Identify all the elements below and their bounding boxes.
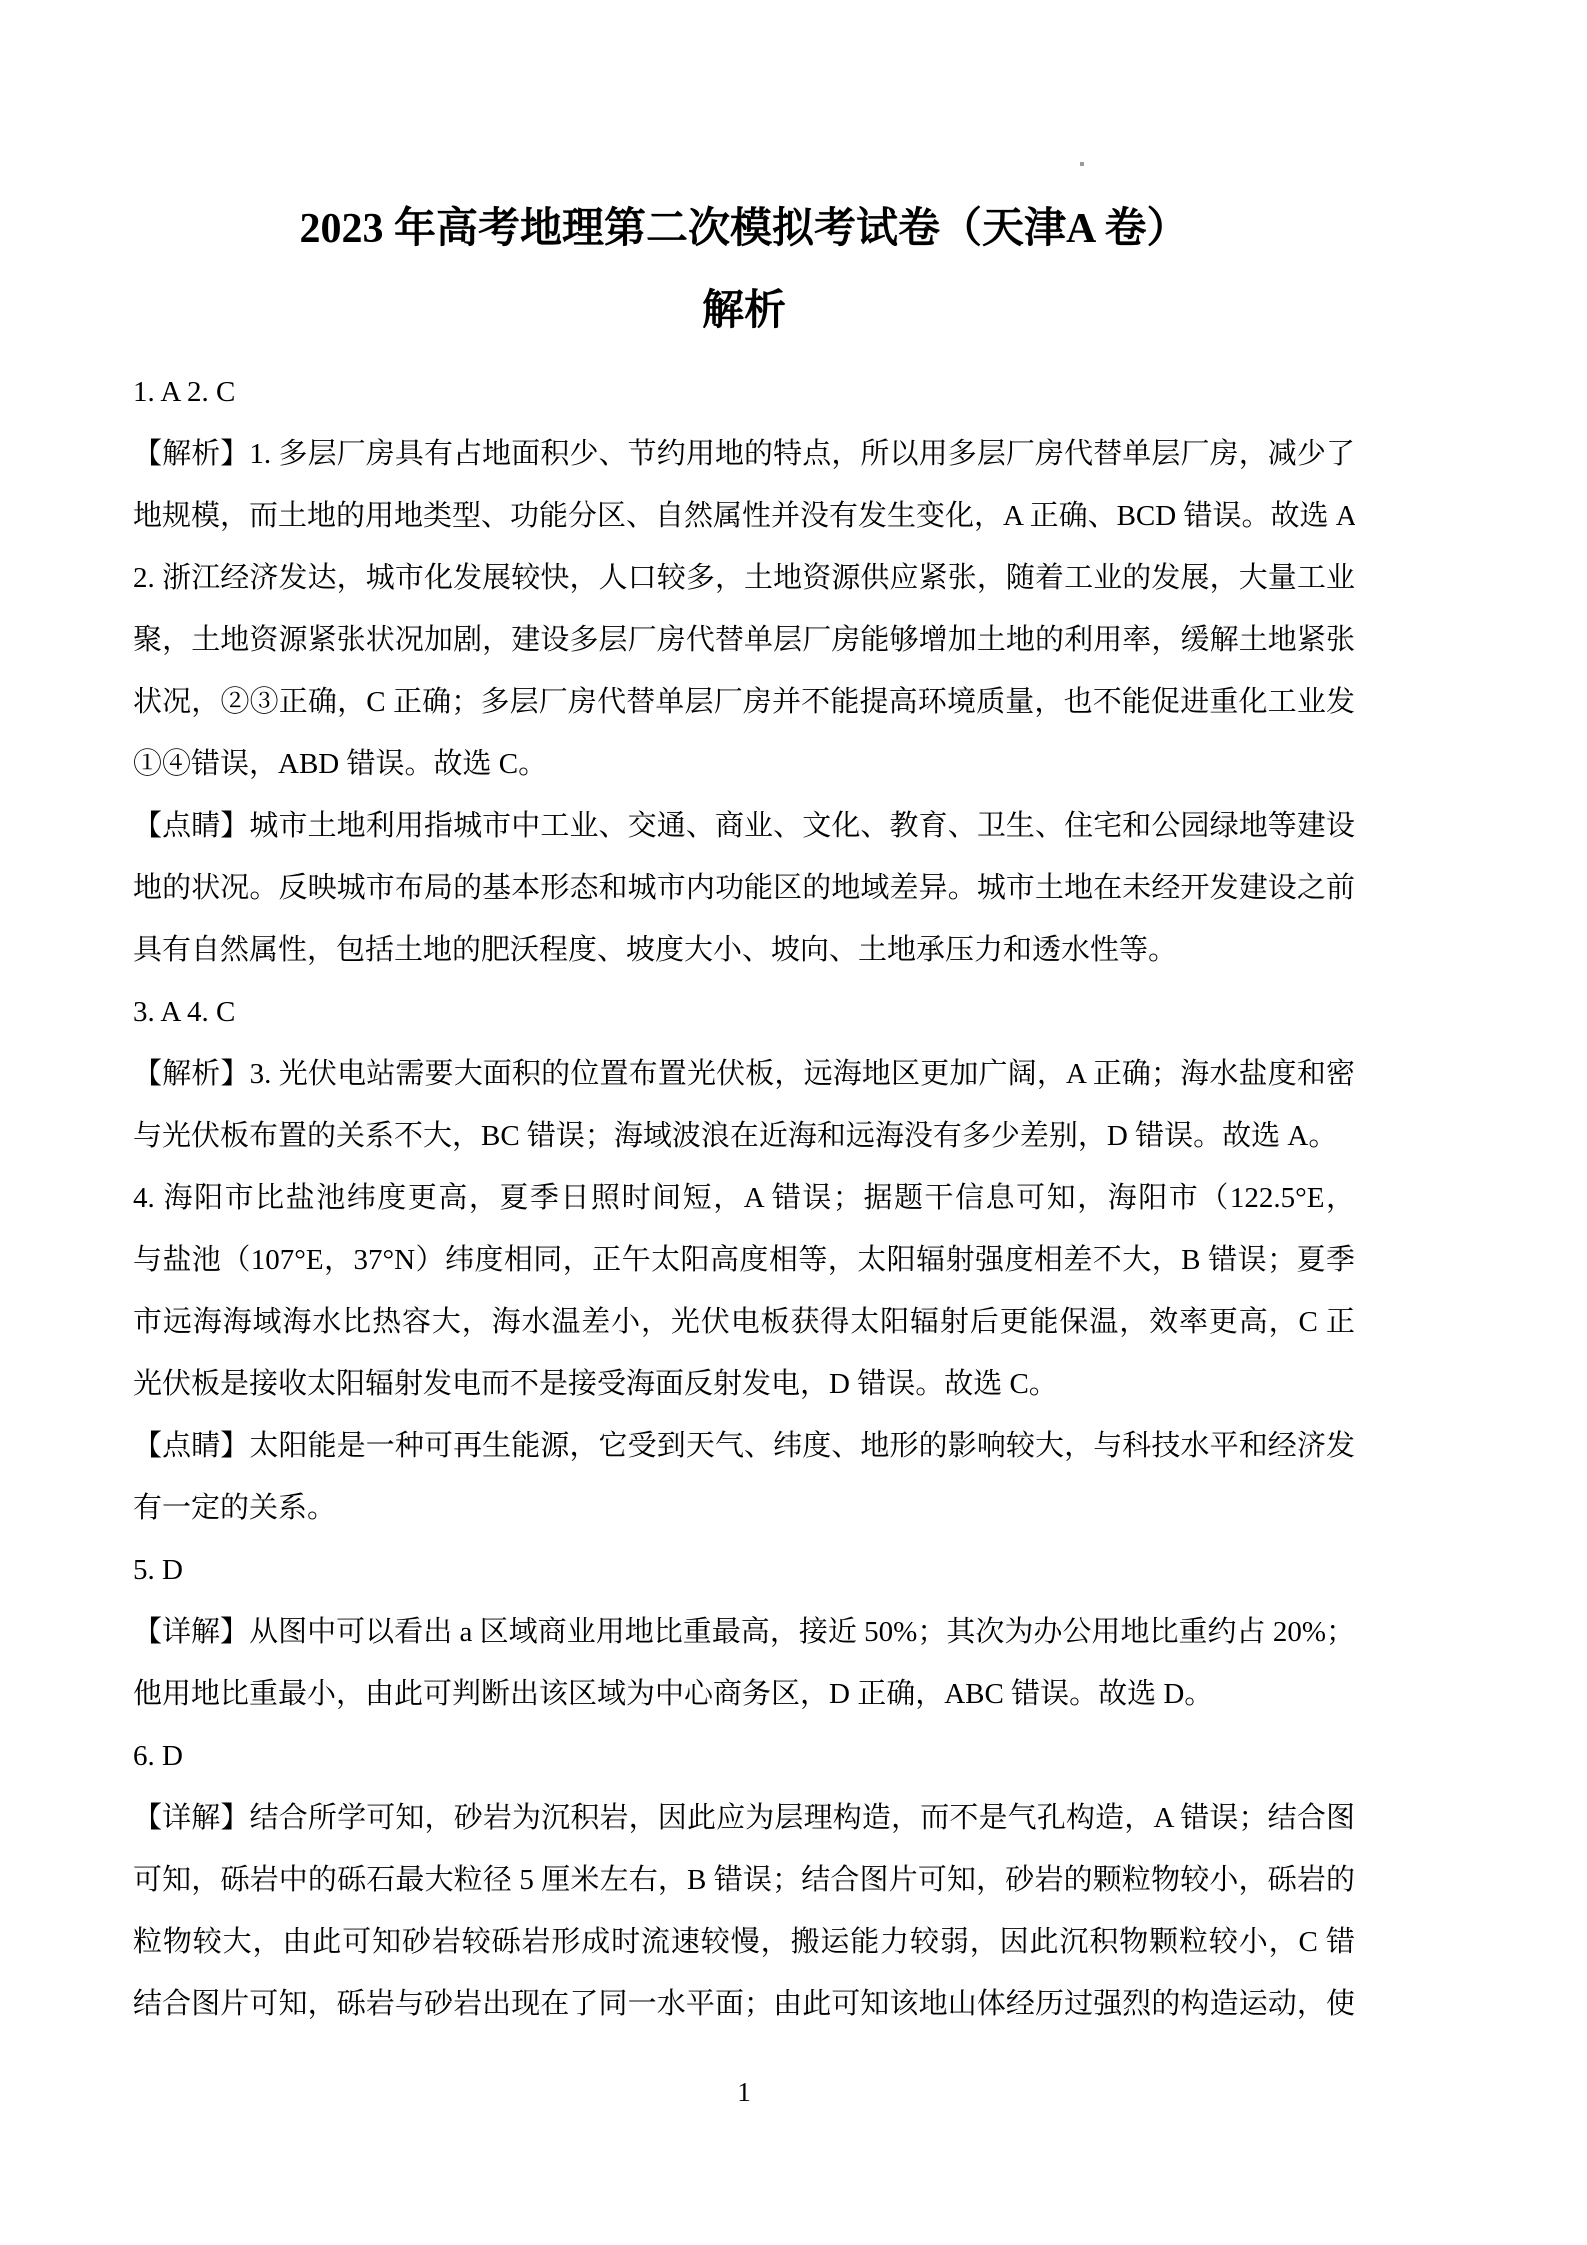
text-line: 3. A 4. C: [133, 981, 1355, 1043]
text-line: 可知，砾岩中的砾石最大粒径 5 厘米左右，B 错误；结合图片可知，砂岩的颗粒物较…: [133, 1849, 1355, 1911]
text-line: 5. D: [133, 1539, 1355, 1601]
text-line: 粒物较大，由此可知砂岩较砾岩形成时流速较慢，搬运能力较弱，因此沉积物颗粒较小，C…: [133, 1911, 1355, 1973]
text-line: ①④错误，ABD 错误。故选 C。: [133, 733, 1355, 795]
text-line: 地规模，而土地的用地类型、功能分区、自然属性并没有发生变化，A 正确、BCD 错…: [133, 485, 1355, 547]
scan-artifact-dot: [1080, 162, 1084, 166]
text-line: 6. D: [133, 1725, 1355, 1787]
text-line: 有一定的关系。: [133, 1477, 1355, 1539]
document-page: 2023 年高考地理第二次模拟考试卷（天津A 卷） 解析 1. A 2. C【解…: [0, 0, 1587, 2245]
text-line: 1. A 2. C: [133, 361, 1355, 423]
text-line: 与盐池（107°E，37°N）纬度相同，正午太阳高度相等，太阳辐射强度相差不大，…: [133, 1229, 1355, 1291]
text-line: 具有自然属性，包括土地的肥沃程度、坡度大小、坡向、土地承压力和透水性等。: [133, 919, 1355, 981]
text-line: 【详解】结合所学可知，砂岩为沉积岩，因此应为层理构造，而不是气孔构造，A 错误；…: [133, 1787, 1355, 1849]
document-subtitle: 解析: [133, 285, 1355, 337]
text-line: 【解析】1. 多层厂房具有占地面积少、节约用地的特点，所以用多层厂房代替单层厂房…: [133, 423, 1355, 485]
text-line: 【详解】从图中可以看出 a 区域商业用地比重最高，接近 50%；其次为办公用地比…: [133, 1601, 1355, 1663]
text-line: 地的状况。反映城市布局的基本形态和城市内功能区的地域差异。城市土地在未经开发建设…: [133, 857, 1355, 919]
document-body: 1. A 2. C【解析】1. 多层厂房具有占地面积少、节约用地的特点，所以用多…: [133, 361, 1355, 2035]
text-line: 状况，②③正确，C 正确；多层厂房代替单层厂房并不能提高环境质量，也不能促进重化…: [133, 671, 1355, 733]
text-line: 与光伏板布置的关系不大，BC 错误；海域波浪在近海和远海没有多少差别，D 错误。…: [133, 1105, 1355, 1167]
text-line: 他用地比重最小，由此可判断出该区域为中心商务区，D 正确，ABC 错误。故选 D…: [133, 1663, 1355, 1725]
text-line: 【点睛】城市土地利用指城市中工业、交通、商业、文化、教育、卫生、住宅和公园绿地等…: [133, 795, 1355, 857]
document-title: 2023 年高考地理第二次模拟考试卷（天津A 卷）: [133, 203, 1355, 255]
page-number: 1: [133, 2072, 1355, 2112]
text-line: 2. 浙江经济发达，城市化发展较快，人口较多，土地资源供应紧张，随着工业的发展，…: [133, 547, 1355, 609]
text-line: 结合图片可知，砾岩与砂岩出现在了同一水平面；由此可知该地山体经历过强烈的构造运动…: [133, 1973, 1355, 2035]
text-line: 【解析】3. 光伏电站需要大面积的位置布置光伏板，远海地区更加广阔，A 正确；海…: [133, 1043, 1355, 1105]
text-line: 【点睛】太阳能是一种可再生能源，它受到天气、纬度、地形的影响较大，与科技水平和经…: [133, 1415, 1355, 1477]
text-line: 聚，土地资源紧张状况加剧，建设多层厂房代替单层厂房能够增加土地的利用率，缓解土地…: [133, 609, 1355, 671]
text-line: 光伏板是接收太阳辐射发电而不是接受海面反射发电，D 错误。故选 C。: [133, 1353, 1355, 1415]
text-line: 市远海海域海水比热容大，海水温差小，光伏电板获得太阳辐射后更能保温，效率更高，C…: [133, 1291, 1355, 1353]
text-line: 4. 海阳市比盐池纬度更高，夏季日照时间短，A 错误；据题干信息可知，海阳市（1…: [133, 1167, 1355, 1229]
